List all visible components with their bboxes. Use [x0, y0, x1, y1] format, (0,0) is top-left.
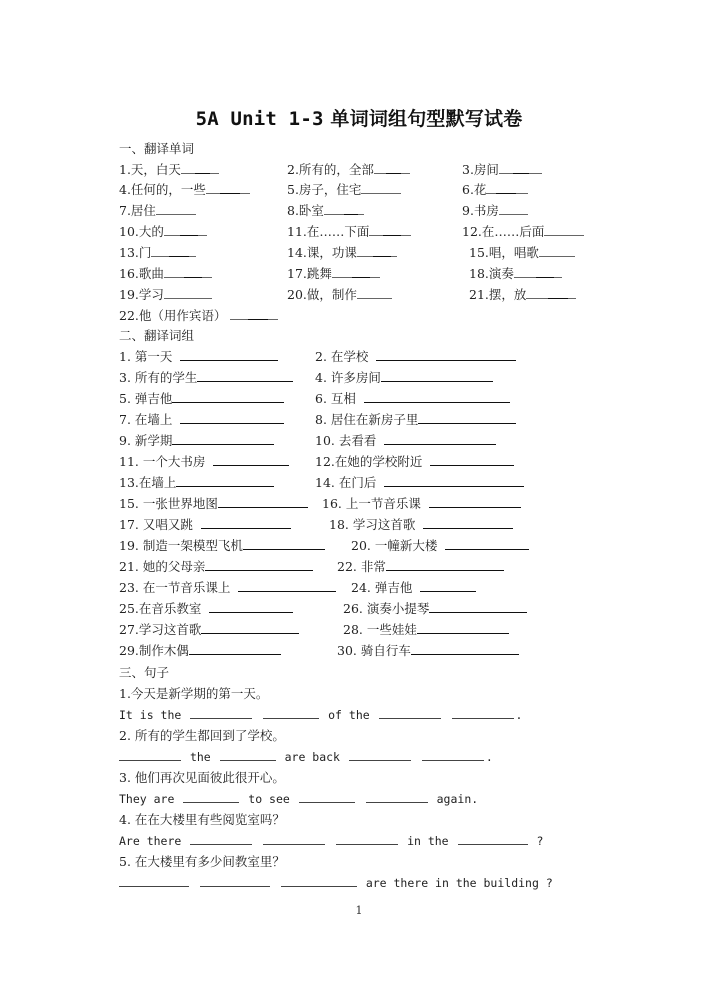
word-item: 5.房子，住宅 — [287, 180, 401, 200]
phrase-item: 21. 她的父母亲 — [119, 557, 313, 577]
answer-blank[interactable] — [374, 164, 410, 174]
phrase-item: 8. 居住在新房子里 — [315, 410, 516, 430]
answer-line[interactable] — [430, 453, 514, 466]
phrase-item: 6. 互相 — [315, 389, 510, 409]
phrase-item: 23. 在一节音乐课上 — [119, 578, 336, 598]
answer-blank[interactable] — [230, 310, 278, 320]
answer-blank[interactable] — [299, 791, 355, 803]
word-item: 11.在……下面 — [287, 222, 411, 242]
sentence-prompt: 2. 所有的学生都回到了学校。 — [119, 726, 285, 746]
answer-line[interactable] — [238, 579, 336, 592]
answer-blank[interactable] — [526, 289, 576, 299]
answer-line[interactable] — [429, 495, 521, 508]
phrase-item: 22. 非常 — [337, 557, 504, 577]
answer-blank[interactable] — [119, 875, 189, 887]
answer-line[interactable] — [180, 411, 284, 424]
phrase-item: 5. 弹吉他 — [119, 389, 284, 409]
answer-blank[interactable] — [200, 875, 270, 887]
phrase-item: 15. 一张世界地图 — [119, 494, 308, 514]
phrase-item: 19. 制造一架模型飞机 — [119, 536, 325, 556]
answer-line[interactable] — [209, 600, 293, 613]
phrase-item: 18. 学习这首歌 — [329, 515, 513, 535]
title-text: 单词词组句型默写试卷 — [330, 108, 522, 130]
page-title: 5A Unit 1-3 单词词组句型默写试卷 — [0, 104, 718, 131]
page-number: 1 — [0, 904, 718, 917]
answer-line[interactable] — [197, 369, 293, 382]
answer-blank[interactable] — [164, 289, 212, 299]
answer-line[interactable] — [180, 348, 278, 361]
word-item: 8.卧室 — [287, 201, 364, 221]
answer-blank[interactable] — [357, 247, 397, 257]
word-item: 10.大的 — [119, 222, 207, 242]
word-item: 13.门 — [119, 243, 196, 263]
phrase-item: 2. 在学校 — [315, 347, 516, 367]
answer-blank[interactable] — [164, 226, 207, 236]
answer-line[interactable] — [172, 432, 274, 445]
answer-blank[interactable] — [281, 875, 357, 887]
phrase-item: 9. 新学期 — [119, 431, 274, 451]
answer-line[interactable] — [429, 600, 527, 613]
word-item: 6.花 — [462, 180, 528, 200]
answer-blank[interactable] — [369, 226, 411, 236]
part3-heading: 三、句子 — [119, 663, 169, 683]
answer-line[interactable] — [176, 474, 274, 487]
answer-line[interactable] — [364, 390, 510, 403]
phrase-item: 16. 上一节音乐课 — [322, 494, 521, 514]
phrase-item: 29.制作木偶 — [119, 641, 281, 661]
answer-blank[interactable] — [366, 791, 428, 803]
answer-blank[interactable] — [190, 833, 252, 845]
phrase-item: 10. 去看看 — [315, 431, 496, 451]
word-item: 18.演奏 — [469, 264, 562, 284]
answer-line[interactable] — [386, 558, 504, 571]
phrase-item: 20. 一幢新大楼 — [351, 536, 529, 556]
sentence-answer: the are back . — [119, 747, 493, 767]
sentence-answer: They are to see again. — [119, 789, 478, 809]
answer-blank[interactable] — [544, 226, 584, 236]
answer-blank[interactable] — [379, 707, 441, 719]
answer-line[interactable] — [423, 516, 513, 529]
sentence-prompt: 1.今天是新学期的第一天。 — [119, 684, 268, 704]
answer-blank[interactable] — [514, 268, 562, 278]
answer-blank[interactable] — [164, 268, 212, 278]
phrase-item: 27.学习这首歌 — [119, 620, 299, 640]
answer-line[interactable] — [218, 495, 308, 508]
answer-blank[interactable] — [486, 184, 528, 194]
part1-heading: 一、翻译单词 — [119, 139, 194, 159]
sentence-prompt: 4. 在在大楼里有些阅览室吗？ — [119, 810, 285, 830]
answer-line[interactable] — [417, 621, 509, 634]
phrase-item: 1. 第一天 — [119, 347, 278, 367]
answer-line[interactable] — [205, 558, 313, 571]
answer-blank[interactable] — [206, 184, 250, 194]
word-item: 1.天，白天 — [119, 160, 219, 180]
word-item: 15.唱，唱歌 — [469, 243, 575, 263]
word-item: 3.房间 — [462, 160, 542, 180]
phrase-item: 26. 演奏小提琴 — [343, 599, 527, 619]
answer-blank[interactable] — [263, 833, 325, 845]
phrase-item: 17. 又唱又跳 — [119, 515, 291, 535]
sentence-answer: It is the of the . — [119, 705, 522, 725]
phrase-item: 14. 在门后 — [315, 473, 524, 493]
answer-line[interactable] — [384, 474, 524, 487]
sentence-prompt: 3. 他们再次见面彼此很开心。 — [119, 768, 285, 788]
answer-blank[interactable] — [183, 791, 239, 803]
answer-blank[interactable] — [336, 833, 398, 845]
phrase-item: 24. 弹吉他 — [351, 578, 476, 598]
answer-line[interactable] — [172, 390, 284, 403]
word-item: 20.做，制作 — [287, 285, 392, 305]
phrase-item: 28. 一些娃娃 — [343, 620, 509, 640]
title-unit: 5A Unit 1-3 — [196, 108, 324, 130]
word-item: 7.居住 — [119, 201, 196, 221]
sentence-answer: Are there in the ? — [119, 831, 543, 851]
word-item: 22.他（用作宾语） — [119, 306, 278, 326]
answer-blank[interactable] — [452, 707, 514, 719]
answer-blank[interactable] — [324, 205, 364, 215]
phrase-item: 25.在音乐教室 — [119, 599, 293, 619]
word-item: 4.任何的，一些 — [119, 180, 250, 200]
answer-line[interactable] — [243, 537, 325, 550]
word-item: 17.跳舞 — [287, 264, 380, 284]
phrase-item: 11. 一个大书房 — [119, 452, 289, 472]
answer-blank[interactable] — [190, 707, 252, 719]
answer-line[interactable] — [376, 348, 516, 361]
phrase-item: 30. 骑自行车 — [337, 641, 519, 661]
answer-line[interactable] — [445, 537, 529, 550]
answer-blank[interactable] — [181, 164, 219, 174]
phrase-item: 4. 许多房间 — [315, 368, 493, 388]
phrase-item: 3. 所有的学生 — [119, 368, 293, 388]
phrase-item: 7. 在墙上 — [119, 410, 284, 430]
word-item: 16.歌曲 — [119, 264, 212, 284]
answer-line[interactable] — [381, 369, 493, 382]
word-item: 9.书房 — [462, 201, 528, 221]
sentence-prompt: 5. 在大楼里有多少间教室里？ — [119, 852, 285, 872]
answer-blank[interactable] — [119, 749, 181, 761]
word-item: 19.学习 — [119, 285, 212, 305]
answer-blank[interactable] — [220, 749, 276, 761]
answer-blank[interactable] — [499, 164, 542, 174]
answer-blank[interactable] — [332, 268, 380, 278]
word-item: 14.课，功课 — [287, 243, 397, 263]
answer-blank[interactable] — [458, 833, 528, 845]
word-item: 2.所有的，全部 — [287, 160, 410, 180]
answer-line[interactable] — [201, 621, 299, 634]
answer-blank[interactable] — [263, 707, 319, 719]
answer-blank[interactable] — [156, 205, 196, 215]
worksheet-page: 5A Unit 1-3 单词词组句型默写试卷 一、翻译单词 1.天，白天 2.所… — [0, 0, 718, 982]
answer-blank[interactable] — [539, 247, 575, 257]
part2-heading: 二、翻译词组 — [119, 326, 194, 346]
answer-line[interactable] — [201, 516, 291, 529]
answer-line[interactable] — [420, 579, 476, 592]
phrase-item: 13.在墙上 — [119, 473, 274, 493]
word-item: 21.摆，放 — [469, 285, 576, 305]
answer-blank[interactable] — [349, 749, 411, 761]
answer-line[interactable] — [213, 453, 289, 466]
answer-line[interactable] — [384, 432, 496, 445]
answer-blank[interactable] — [357, 289, 392, 299]
sentence-answer: are there in the building ? — [119, 873, 553, 893]
phrase-item: 12.在她的学校附近 — [315, 452, 514, 472]
answer-blank[interactable] — [151, 247, 196, 257]
answer-blank[interactable] — [499, 205, 528, 215]
word-item: 12.在……后面 — [462, 222, 584, 242]
answer-line[interactable] — [189, 642, 281, 655]
answer-blank[interactable] — [422, 749, 484, 761]
answer-line[interactable] — [411, 642, 519, 655]
answer-line[interactable] — [418, 411, 516, 424]
answer-blank[interactable] — [361, 184, 401, 194]
